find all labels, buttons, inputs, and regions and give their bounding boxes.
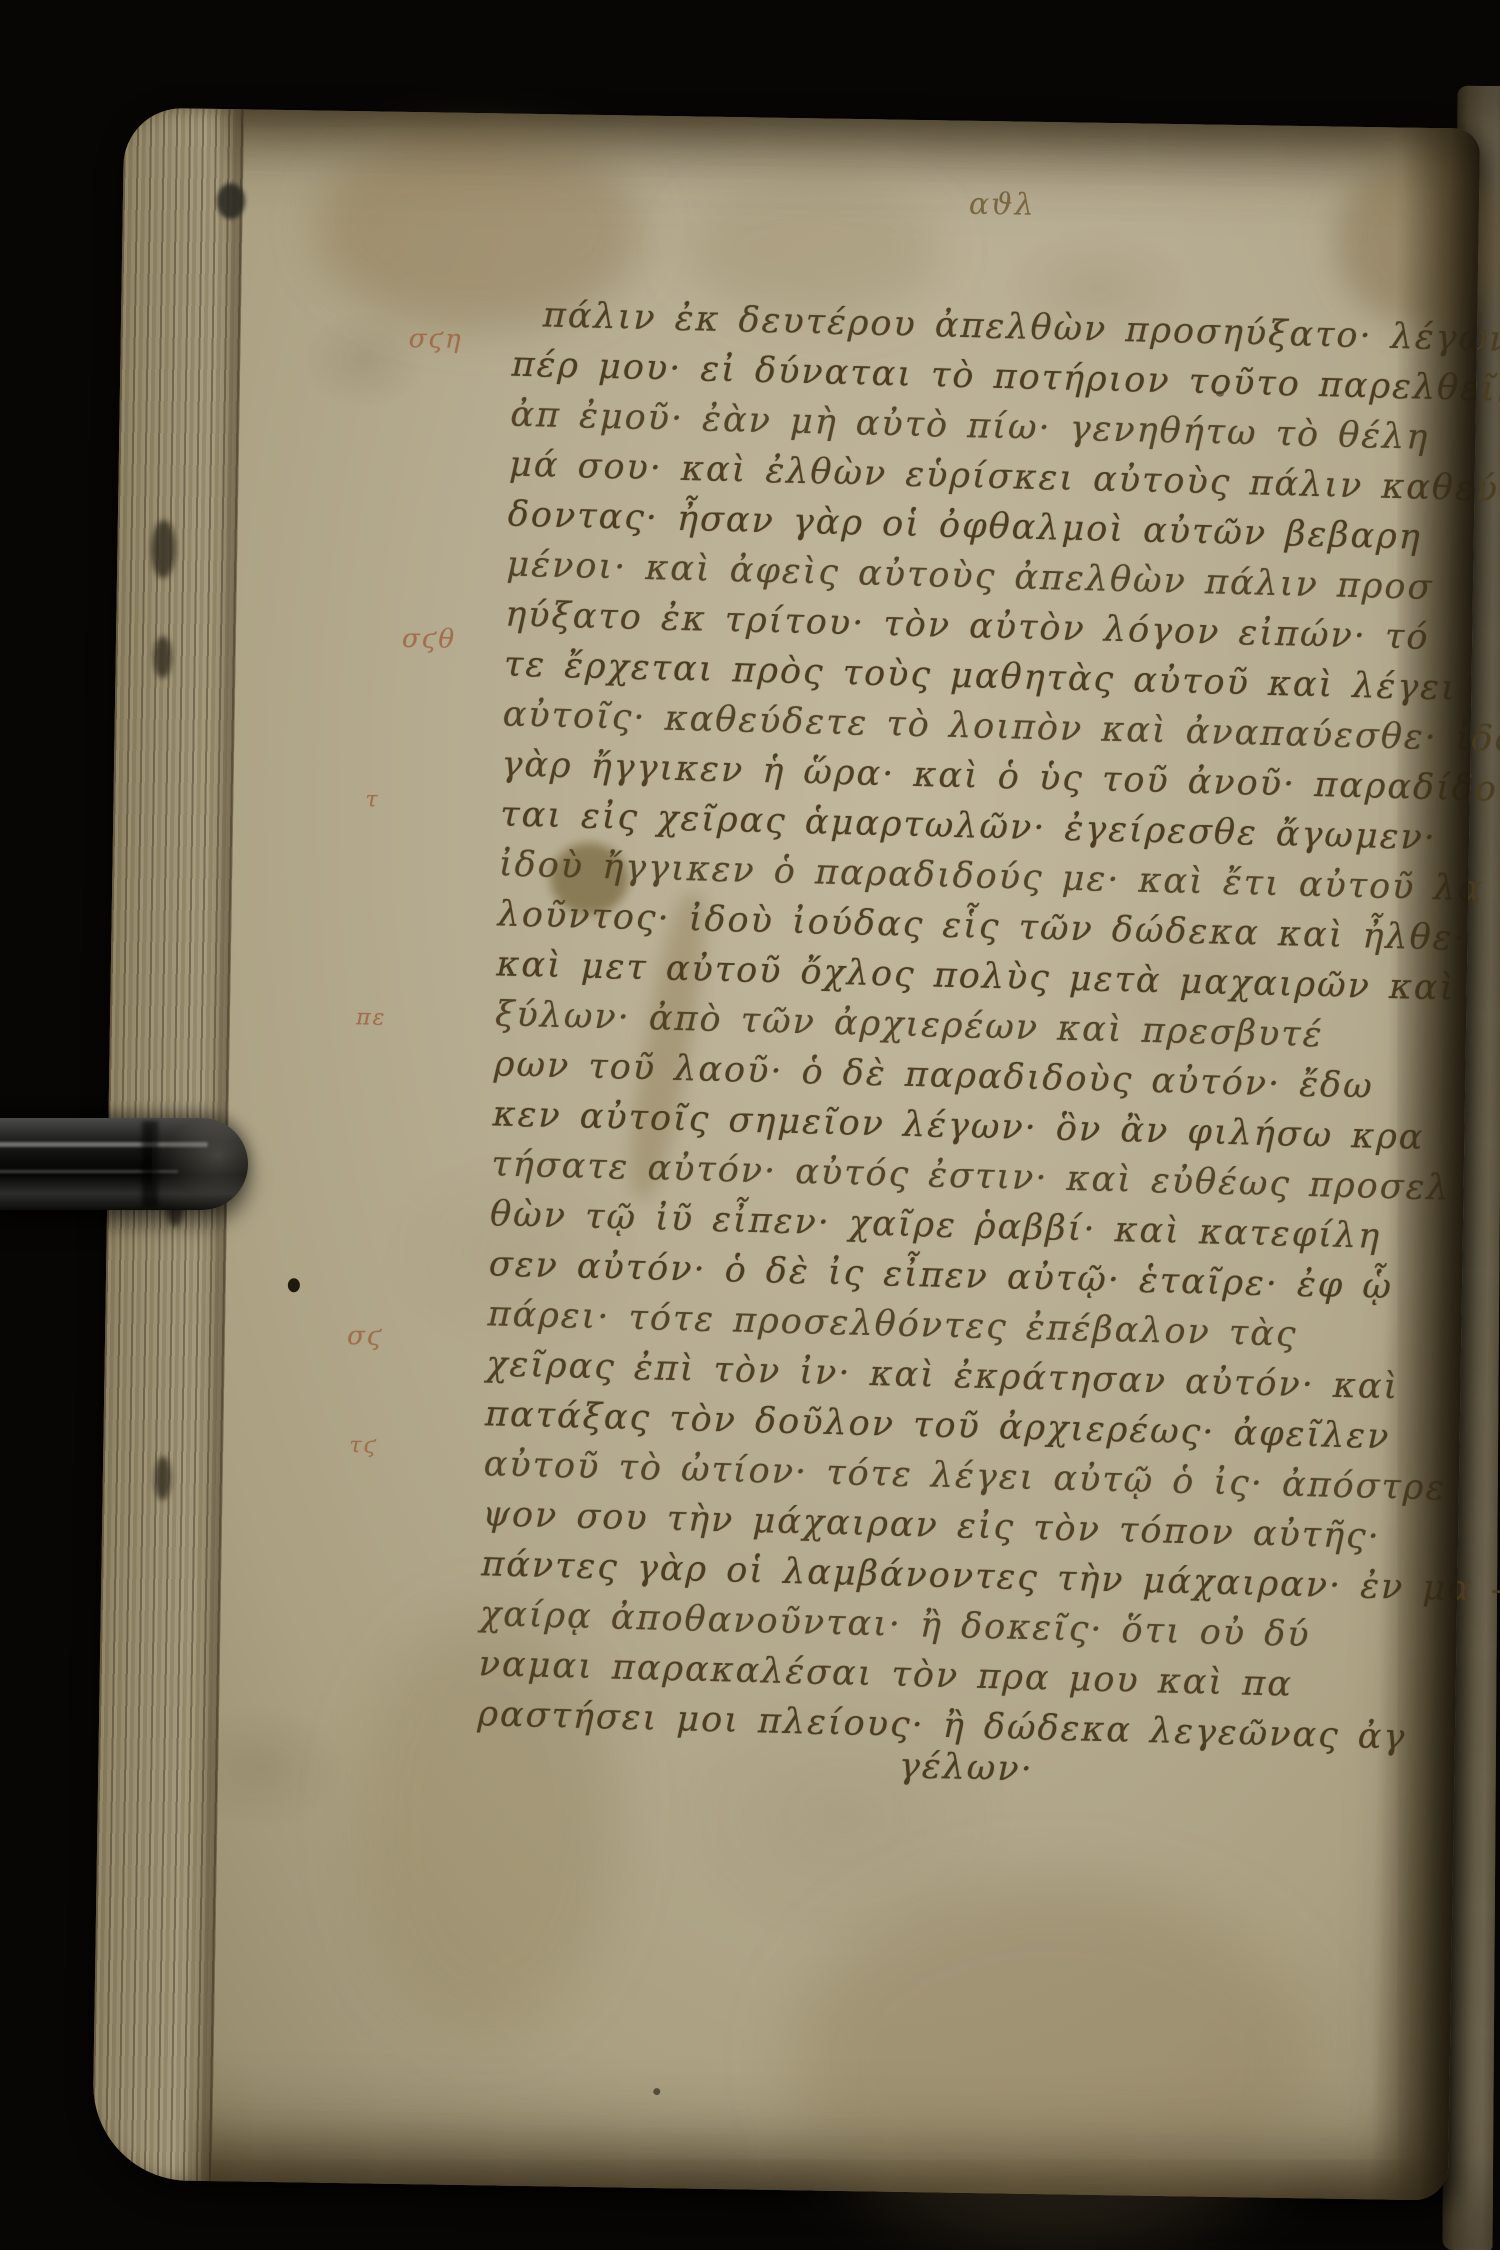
margin-mark: τ [365, 787, 380, 812]
rod-tip [152, 1118, 248, 1210]
text-block: πάλιν ἐκ δευτέρου ἀπελθὼν προσηύξατο· λέ… [477, 290, 1465, 1764]
margin-section-number: σϛη [409, 324, 463, 355]
margin-section-number: σϛθ [402, 624, 456, 655]
margin-section-number: σϛ [347, 1321, 384, 1352]
speck [288, 1278, 300, 1292]
manuscript-page: αϑλ σϛη σϛθ τ πε σϛ τϛ πάλιν ἐκ δευτέρου… [92, 107, 1480, 2200]
margin-mark: τϛ [349, 1433, 378, 1458]
stain [791, 1878, 1317, 2246]
quire-mark: αϑλ [969, 187, 1036, 223]
speck [653, 2088, 660, 2095]
manuscript-photo: αϑλ σϛη σϛθ τ πε σϛ τϛ πάλιν ἐκ δευτέρου… [0, 0, 1500, 2250]
glass-weight-rod[interactable] [0, 1118, 248, 1210]
margin-mark: πε [356, 1005, 387, 1030]
